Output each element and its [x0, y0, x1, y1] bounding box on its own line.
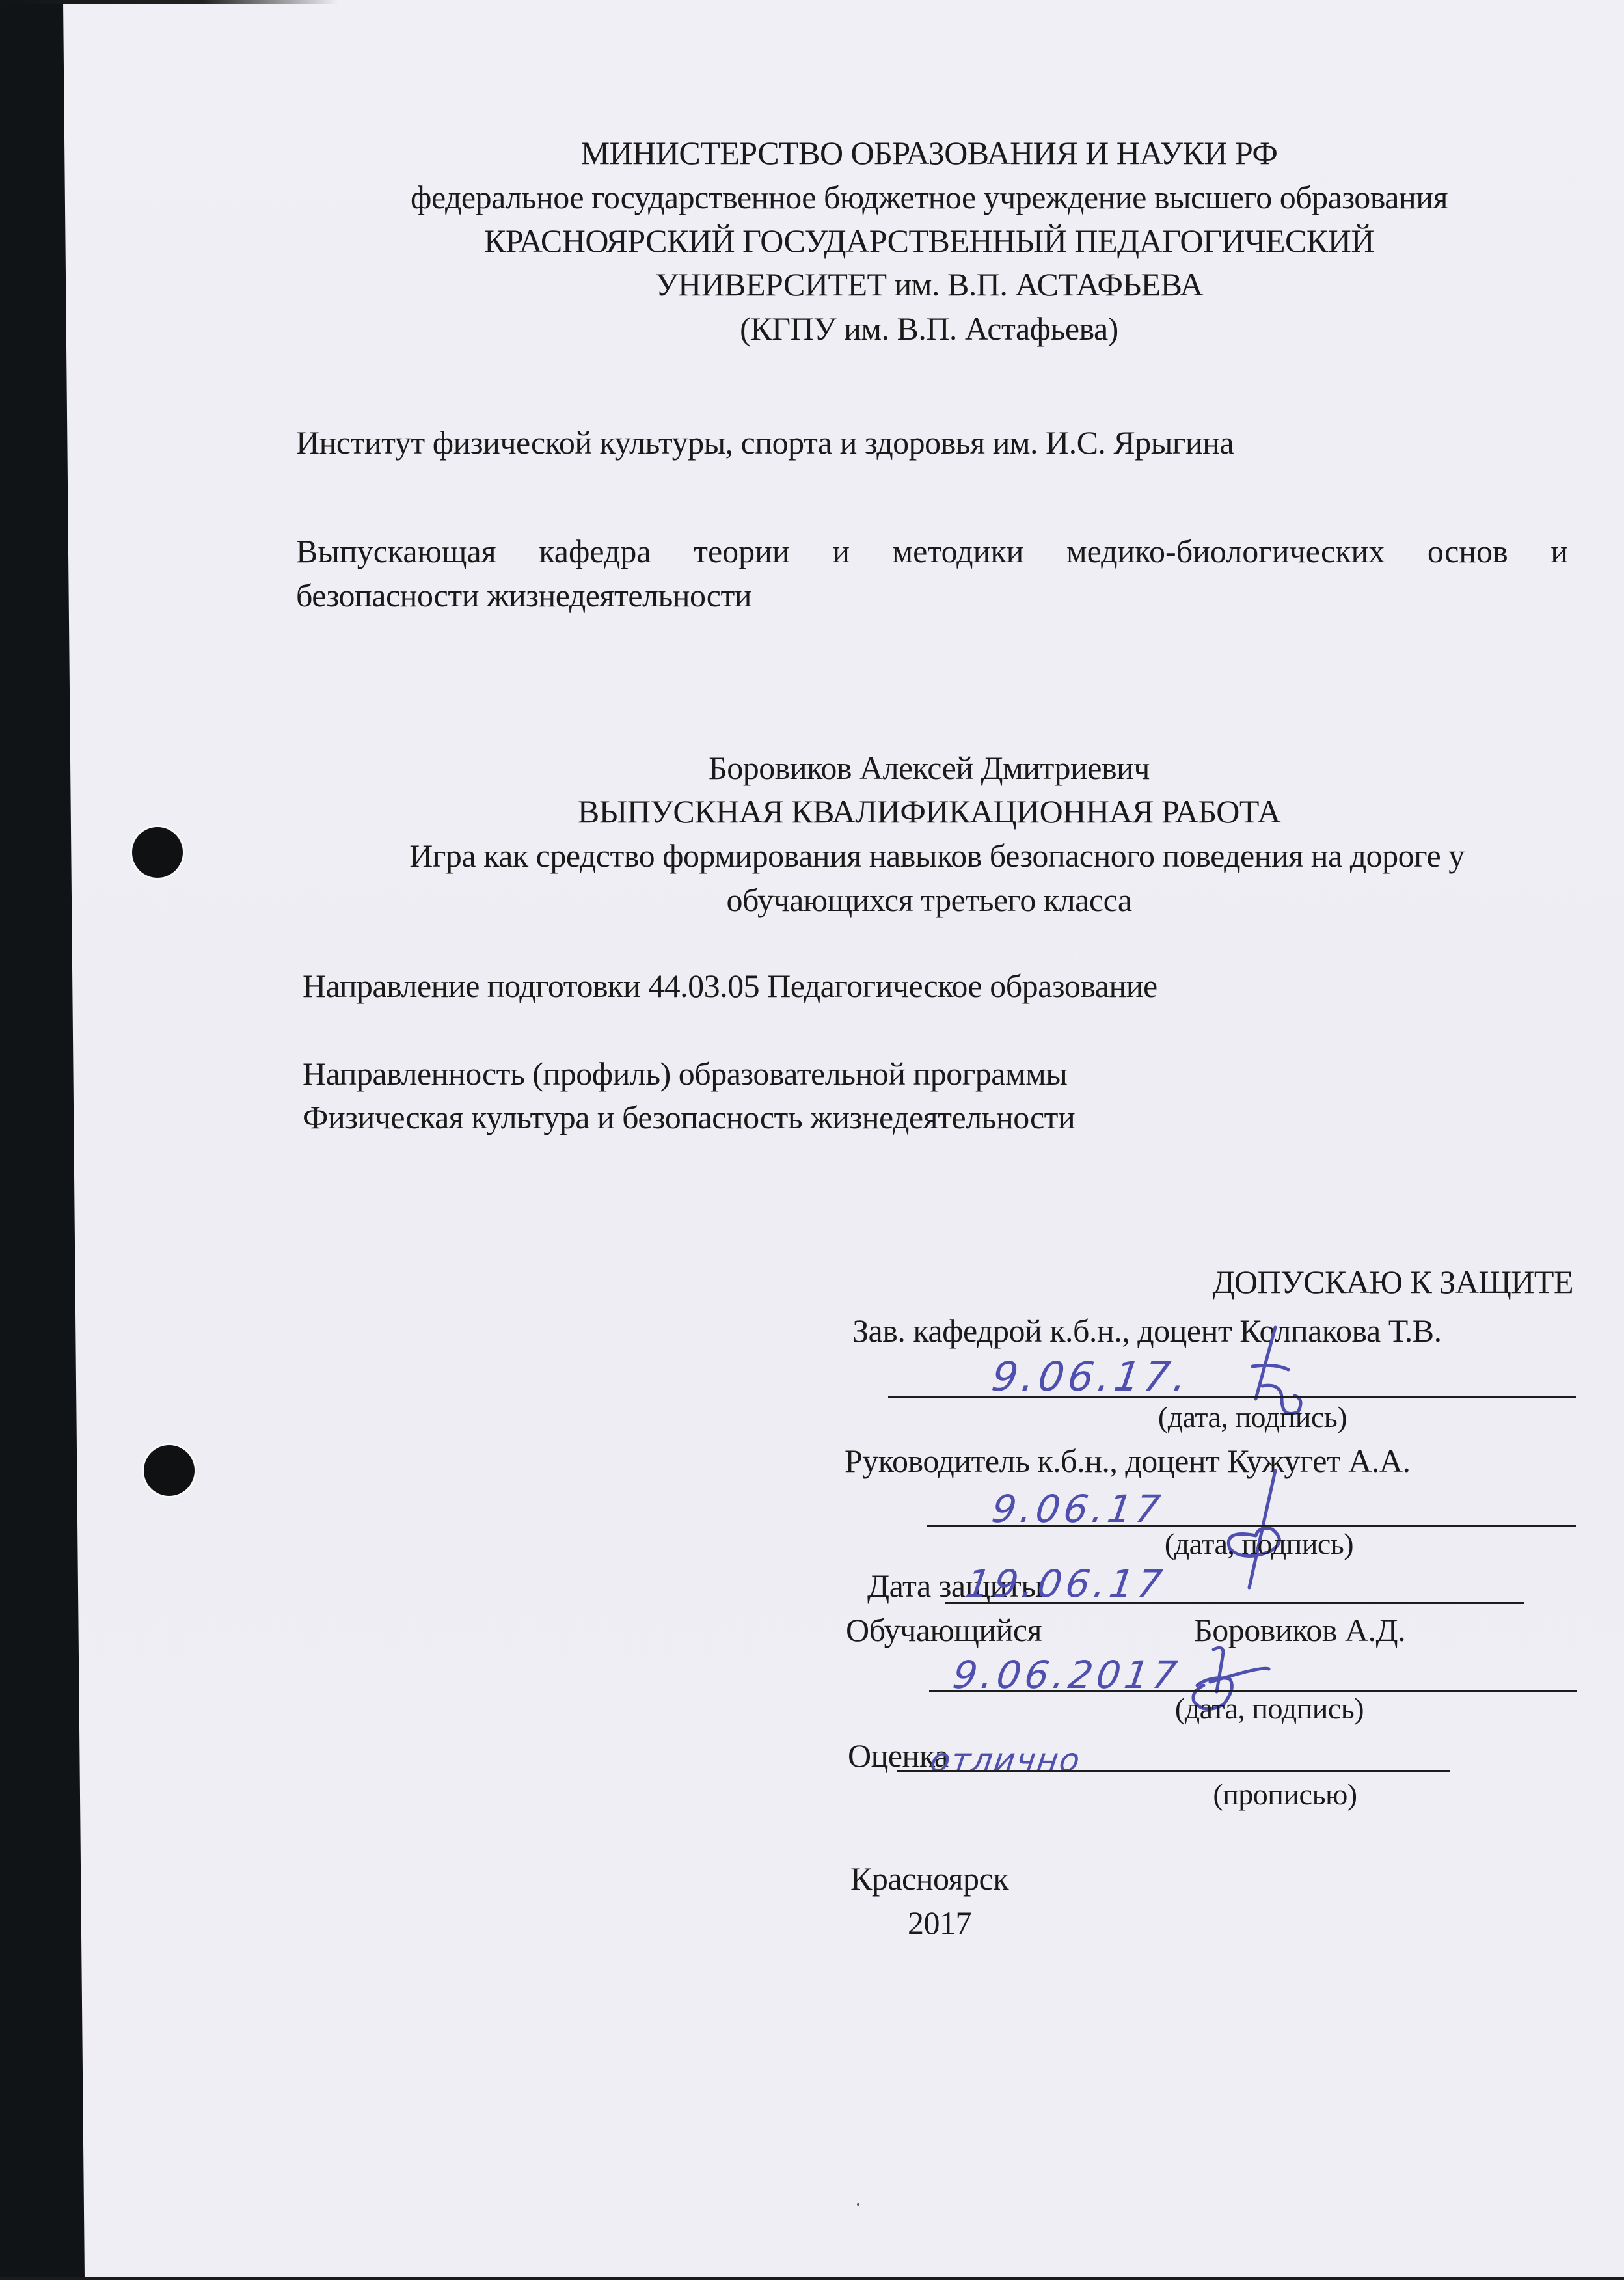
approval-heading: ДОПУСКАЮ К ЗАЩИТЕ [1212, 1266, 1573, 1298]
university-name-line1: КРАСНОЯРСКИЙ ГОСУДАРСТВЕННЫЙ ПЕДАГОГИЧЕС… [484, 224, 1374, 257]
scan-edge-top [0, 0, 338, 4]
profile-label: Направленность (профиль) образовательной… [303, 1057, 1067, 1090]
department-line1-text: Выпускающая кафедра теории и методики ме… [296, 533, 1568, 569]
student-date-signature-caption: (дата, подпись) [1175, 1694, 1364, 1724]
author-full-name: Боровиков Алексей Дмитриевич [709, 752, 1150, 784]
head-date-handwritten: 9.06.17. [990, 1357, 1193, 1397]
institution-type: федеральное государственное бюджетное уч… [411, 181, 1448, 213]
profile-value: Физическая культура и безопасность жизне… [303, 1101, 1075, 1133]
supervisor-signature-line [927, 1525, 1576, 1527]
student-date-handwritten: 9.06.2017 [951, 1656, 1183, 1694]
grade-caption: (прописью) [1213, 1780, 1357, 1810]
university-abbreviation: (КГПУ им. В.П. Астафьева) [740, 312, 1118, 345]
head-date-signature-caption: (дата, подпись) [1158, 1402, 1347, 1432]
department-line2: безопасности жизнедеятельности [296, 579, 751, 612]
student-label: Обучающийся [846, 1614, 1042, 1646]
head-signature-line [888, 1396, 1576, 1398]
head-of-department: Зав. кафедрой к.б.н., доцент Колпакова Т… [852, 1314, 1442, 1347]
punch-hole-bottom [144, 1445, 195, 1496]
work-title-line1: Игра как средство формирования навыков б… [409, 839, 1464, 872]
scan-edge-bottom [0, 2277, 1624, 2280]
grade-line [897, 1770, 1450, 1772]
defense-date-line [945, 1602, 1524, 1604]
supervisor-date-handwritten: 9.06.17 [990, 1490, 1167, 1528]
year: 2017 [908, 1907, 971, 1939]
work-title-line2: обучающихся третьего класса [726, 884, 1131, 916]
defense-date-handwritten: 19.06.17 [964, 1565, 1168, 1603]
work-type: ВЫПУСКНАЯ КВАЛИФИКАЦИОННАЯ РАБОТА [578, 795, 1280, 828]
ministry-title: МИНИСТЕРСТВО ОБРАЗОВАНИЯ И НАУКИ РФ [581, 137, 1278, 169]
scan-speck [857, 2203, 859, 2206]
punch-hole-top [132, 827, 183, 878]
institute-name: Институт физической культуры, спорта и з… [296, 426, 1234, 459]
department-line1: Выпускающая кафедра теории и методики ме… [296, 528, 1568, 574]
supervisor: Руководитель к.б.н., доцент Кужугет А.А. [845, 1445, 1410, 1477]
training-direction: Направление подготовки 44.03.05 Педагоги… [303, 970, 1157, 1002]
city: Красноярск [850, 1862, 1008, 1895]
supervisor-date-signature-caption: (дата, подпись) [1165, 1529, 1353, 1559]
university-name-line2: УНИВЕРСИТЕТ им. В.П. АСТАФЬЕВА [655, 268, 1203, 301]
